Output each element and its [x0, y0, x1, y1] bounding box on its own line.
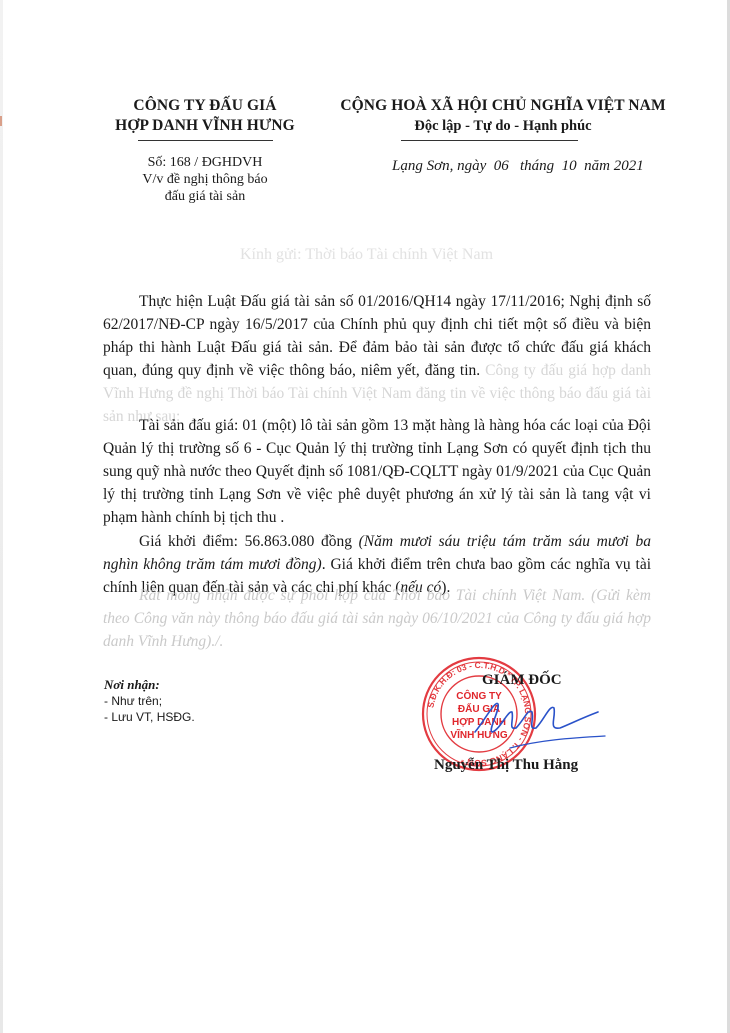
recipient-item: - Như trên;: [104, 693, 195, 709]
organization-name-line1: CÔNG TY ĐẤU GIÁ: [90, 96, 320, 116]
recipients-title: Nơi nhận:: [104, 677, 195, 693]
organization-underline: [138, 140, 273, 141]
paragraph-legal-basis: Thực hiện Luật Đấu giá tài sản số 01/201…: [103, 290, 651, 428]
organization-header: CÔNG TY ĐẤU GIÁ HỢP DANH VĨNH HƯNG: [90, 96, 320, 136]
subject-line-1: V/v đề nghị thông báo: [90, 171, 320, 188]
page-edge-left: [0, 0, 3, 1033]
starting-price: Giá khởi điểm: 56.863.080 đồng: [139, 533, 359, 550]
national-header: CỘNG HOÀ XÃ HỘI CHỦ NGHĨA VIỆT NAM Độc l…: [318, 96, 688, 136]
recipients-block: Nơi nhận: - Như trên; - Lưu VT, HSĐG.: [104, 677, 195, 725]
document-reference: Số: 168 / ĐGHDVH V/v đề nghị thông báo đ…: [90, 154, 320, 205]
signatory-name: Nguyễn Thị Thu Hằng: [434, 757, 578, 774]
nation-name: CỘNG HOÀ XÃ HỘI CHỦ NGHĨA VIỆT NAM: [318, 96, 688, 116]
document-number: Số: 168 / ĐGHDVH: [90, 154, 320, 171]
paragraph-closing-faded: Rất mong nhận được sự phối hợp của Thời …: [103, 584, 651, 653]
place-date: Lạng Sơn, ngày 06 tháng 10 năm 2021: [392, 158, 644, 175]
recipient-item: - Lưu VT, HSĐG.: [104, 709, 195, 725]
signatory-title: GIÁM ĐỐC: [482, 672, 562, 689]
paragraph-asset: Tài sản đấu giá: 01 (một) lô tài sản gồm…: [103, 414, 651, 529]
subject-line-2: đấu giá tài sản: [90, 188, 320, 205]
edge-mark: [0, 116, 2, 126]
recipient-line: Kính gửi: Thời báo Tài chính Việt Nam: [240, 246, 493, 264]
handwritten-signature: [470, 690, 610, 750]
motto-underline: [401, 140, 578, 141]
national-motto: Độc lập - Tự do - Hạnh phúc: [318, 116, 688, 136]
organization-name-line2: HỢP DANH VĨNH HƯNG: [90, 116, 320, 136]
